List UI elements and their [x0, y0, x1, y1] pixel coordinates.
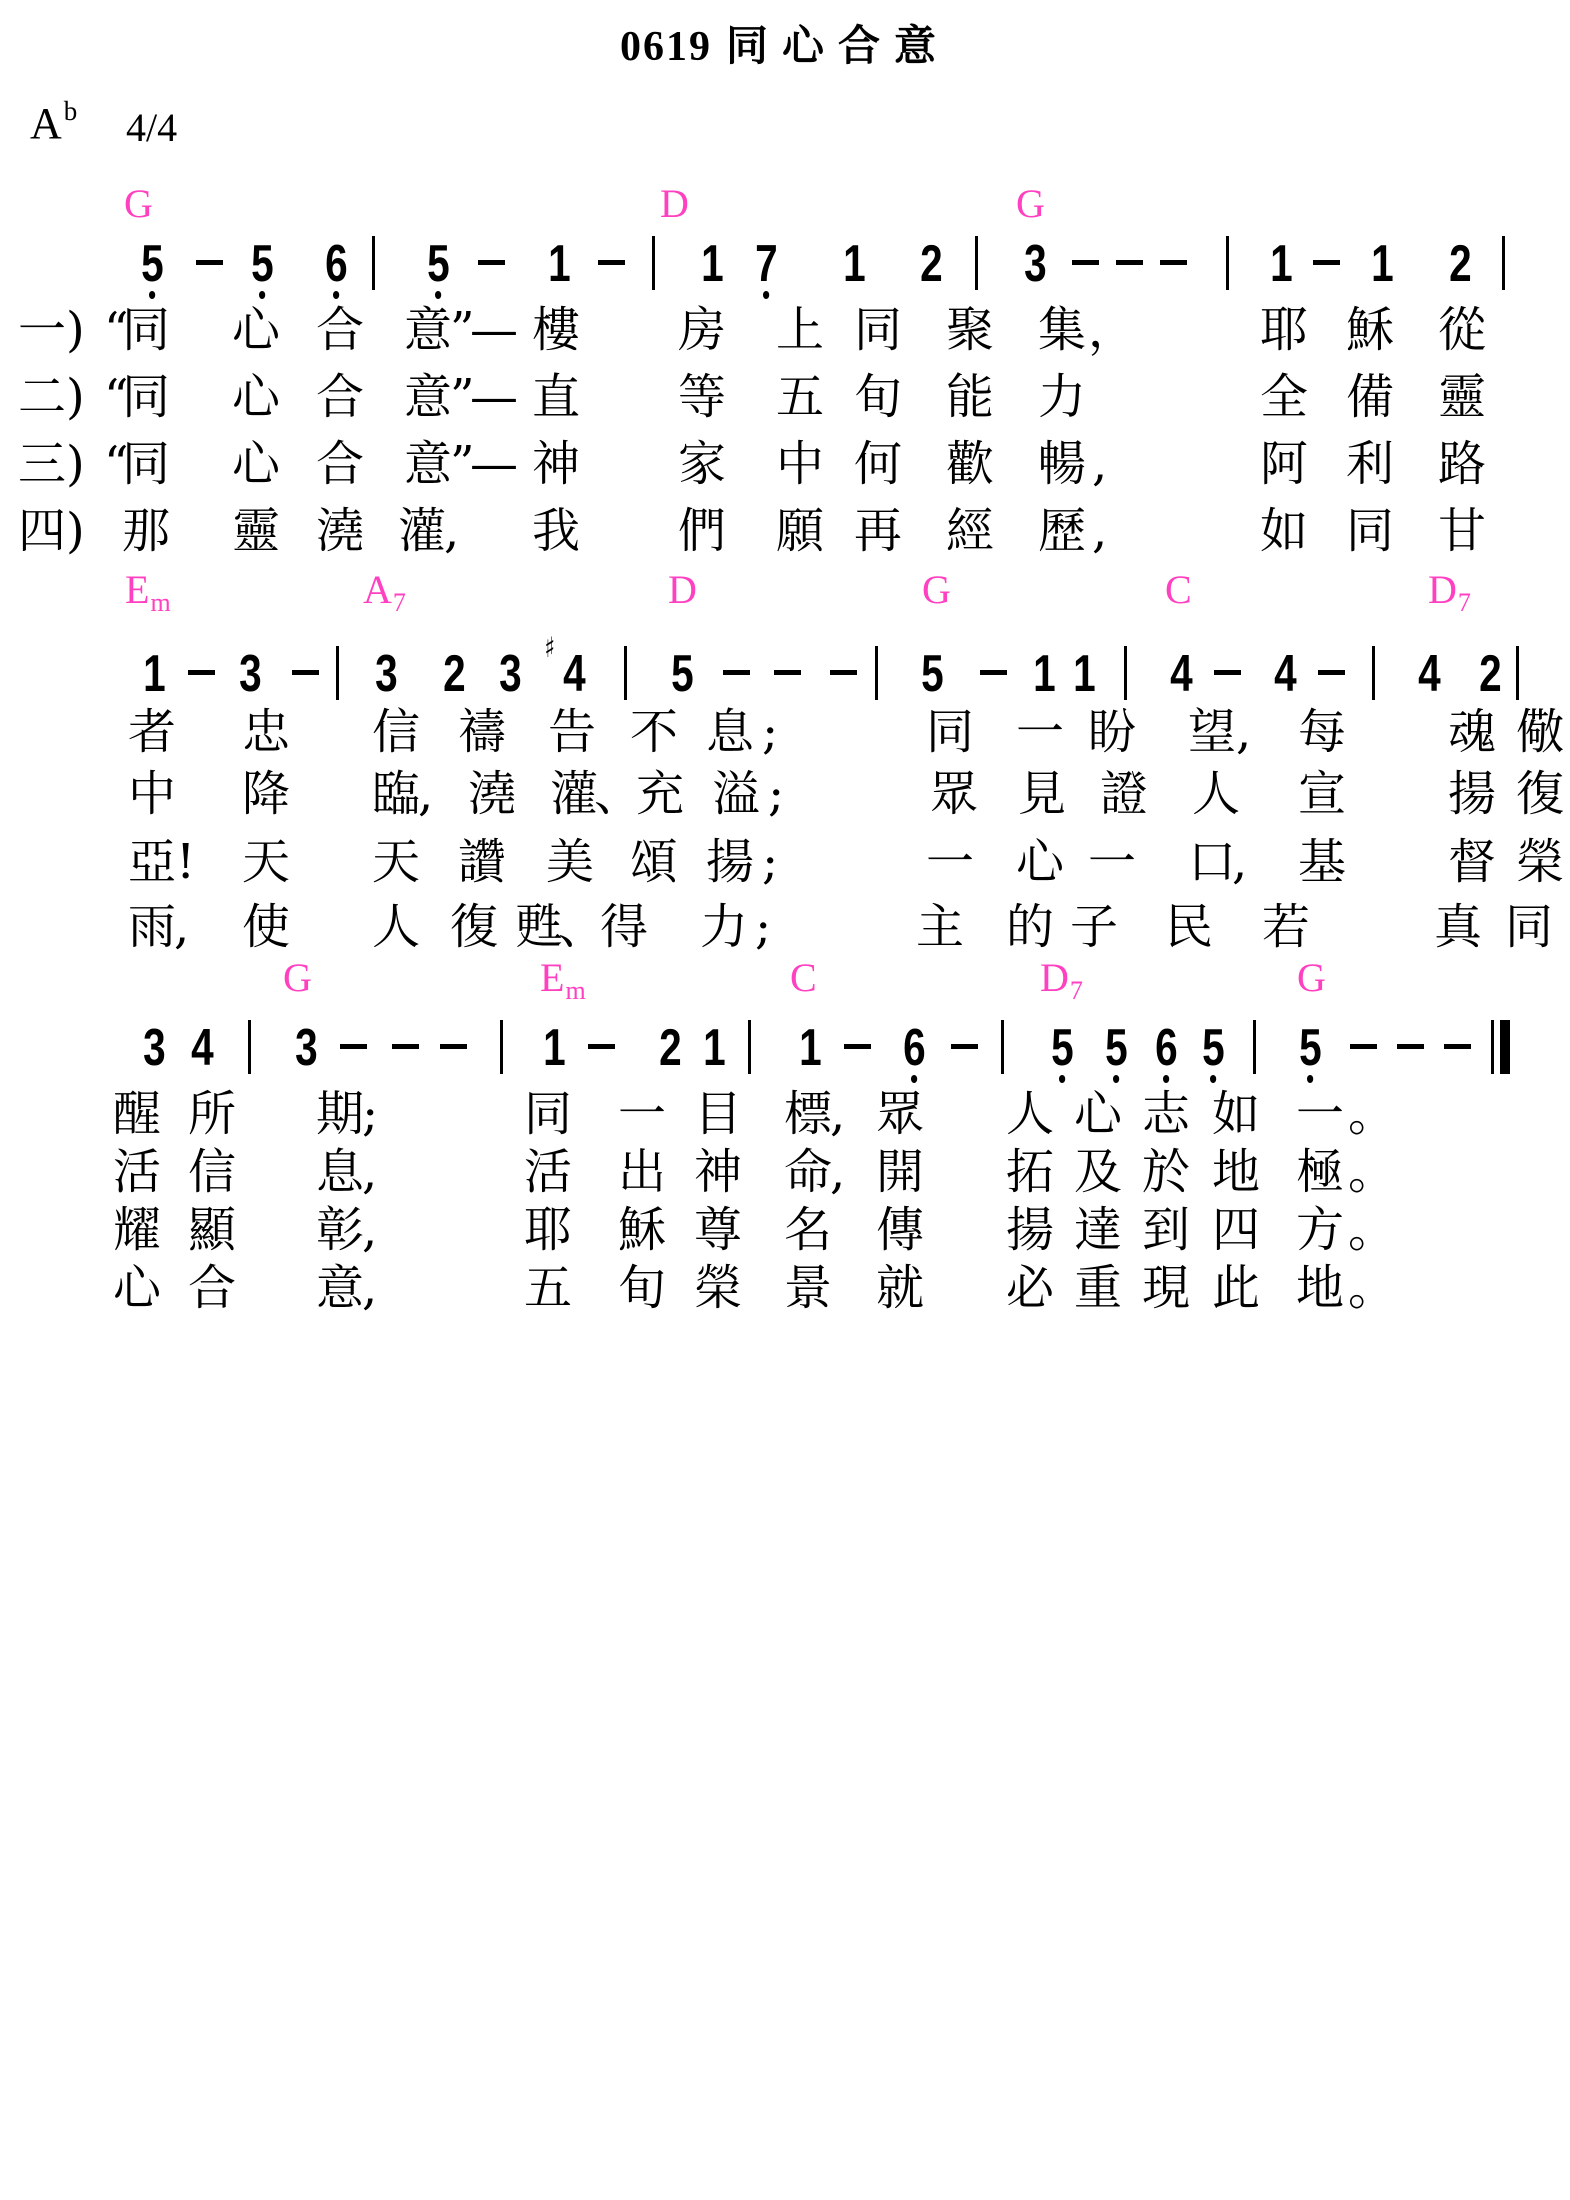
barline [336, 646, 339, 700]
lyric-char: 四 [1212, 1206, 1260, 1254]
lyric-char: 神 [532, 440, 580, 488]
lyric-char: 心 [232, 373, 280, 421]
lyric-char: 旬 [618, 1264, 666, 1312]
note-digit: 6 [1155, 1022, 1178, 1074]
lyric-char: 讚 [458, 838, 506, 886]
lyric-char: 一 [926, 838, 974, 886]
note-digit: 4 [191, 1022, 214, 1074]
lyric-char: 意 [316, 1264, 364, 1312]
duration-dash [1350, 1044, 1377, 1049]
chord-symbol: C [1165, 570, 1192, 610]
lyric-char: 同 [122, 306, 170, 354]
lyric-char: 那 [122, 507, 170, 555]
lyric-char: 眾 [930, 770, 978, 818]
note-digit: 6 [325, 238, 348, 290]
lyric-char: 方 [1296, 1206, 1344, 1254]
lyric-char: 聚 [946, 306, 994, 354]
lyric-char: 子 [1070, 903, 1118, 951]
lyric-char: , [1232, 838, 1247, 886]
note-digit: 1 [543, 1022, 566, 1074]
lyric-char: 地 [1296, 1264, 1344, 1312]
lyric-char: 天 [372, 838, 420, 886]
lyric-char: 們 [678, 507, 726, 555]
lyric-char: 魂 [1448, 708, 1496, 756]
lyric-char: ; [762, 838, 778, 886]
barline [1124, 646, 1127, 700]
lyric-char: 耶 [1260, 306, 1308, 354]
lyric-char: 一 [1016, 708, 1064, 756]
lyric-char: 雨 [128, 903, 176, 951]
lyric-char: 同 [524, 1090, 572, 1138]
lyric-char: 二) [18, 373, 85, 421]
barline [1502, 236, 1505, 290]
lyric-char: 活 [113, 1148, 161, 1196]
lyric-char: 名 [784, 1206, 832, 1254]
note-digit: 5 [141, 238, 164, 290]
note-digit: 7 [755, 238, 778, 290]
note-digit: 2 [659, 1022, 682, 1074]
barline [1226, 236, 1229, 290]
chord-symbol: G [922, 570, 951, 610]
lyric-char: 中 [776, 440, 824, 488]
lyric-char: 開 [876, 1148, 924, 1196]
duration-dash [292, 670, 319, 675]
lyric-char: 美 [546, 838, 594, 886]
lyric-char: , [362, 1206, 377, 1254]
duration-dash [951, 1044, 978, 1049]
lyric-char: 降 [242, 770, 290, 818]
barline [975, 236, 978, 290]
lyric-char: 彰 [316, 1206, 364, 1254]
lyric-char: 榮 [1516, 838, 1564, 886]
lyric-char: 房 [678, 306, 726, 354]
note-digit: 5 [921, 648, 944, 700]
duration-dash [1160, 260, 1187, 265]
chord-symbol: D7 [1428, 570, 1470, 610]
lyric-char: 神 [694, 1148, 742, 1196]
note-digit: 2 [1449, 238, 1472, 290]
duration-dash [1116, 260, 1143, 265]
lyric-char: , [174, 903, 189, 951]
lyric-char: 顯 [188, 1206, 236, 1254]
note-digit: 3 [239, 648, 262, 700]
duration-dash [980, 670, 1007, 675]
note-digit: 5 [1202, 1022, 1225, 1074]
duration-dash [196, 260, 223, 265]
lyric-char: 中 [128, 770, 176, 818]
chord-symbol: G [1297, 958, 1326, 998]
lyric-char: 澆 [316, 507, 364, 555]
lyric-char: 證 [1100, 770, 1148, 818]
lyric-char: 人 [1006, 1090, 1054, 1138]
lyric-char: 信 [372, 708, 420, 756]
key-letter: A [30, 99, 62, 148]
note-digit: 4 [1274, 648, 1297, 700]
lyric-char: 甦 [515, 903, 563, 951]
barline [1253, 1020, 1256, 1074]
lyric-char: 真 [1434, 903, 1482, 951]
lyric-char: 口 [1188, 838, 1236, 886]
lyric-char: 就 [876, 1264, 924, 1312]
lyric-char: 意 [404, 306, 452, 354]
lyric-char: 及 [1074, 1148, 1122, 1196]
chord-subscript: m [150, 588, 170, 617]
chord-symbol: G [1016, 184, 1045, 224]
lyric-char: 合 [188, 1264, 236, 1312]
lyric-char: 民 [1165, 903, 1213, 951]
duration-dash [830, 670, 857, 675]
duration-dash [1397, 1044, 1424, 1049]
lyric-char: 志 [1142, 1090, 1190, 1138]
note-digit: 4 [1170, 648, 1193, 700]
chord-symbol: Em [540, 958, 585, 998]
lyric-char: ; [755, 903, 771, 951]
lyric-char: 心 [232, 440, 280, 488]
chord-subscript: 7 [1070, 976, 1083, 1005]
lyric-char: 。 [1348, 1090, 1396, 1138]
lyric-char: 復 [450, 903, 498, 951]
barline [1372, 646, 1375, 700]
duration-dash [723, 670, 750, 675]
note-digit: 4♯ [563, 648, 586, 700]
lyric-char: 三) [18, 440, 85, 488]
lyric-char: 暢 [1038, 440, 1086, 488]
lyric-char: 備 [1346, 373, 1394, 421]
note-digit: 5 [251, 238, 274, 290]
lyric-char: 心 [1016, 838, 1064, 886]
barline [748, 1020, 751, 1074]
note-digit: 5 [427, 238, 450, 290]
lyric-char: 阿 [1260, 440, 1308, 488]
lyric-char: 直 [532, 373, 580, 421]
lyric-char: , [830, 1148, 845, 1196]
lyric-char: 督 [1448, 838, 1496, 886]
note-digit: 4 [1418, 648, 1441, 700]
note-digit: 3 [1024, 238, 1047, 290]
lyric-char: 我 [532, 507, 580, 555]
note-digit: 2 [1479, 648, 1502, 700]
lyric-char: , [830, 1090, 845, 1138]
note-digit: 1 [548, 238, 571, 290]
lyric-char: 必 [1006, 1264, 1054, 1312]
key-signature: Ab [30, 102, 75, 146]
lyric-char: 合 [316, 373, 364, 421]
lyric-char: 揚 [1006, 1206, 1054, 1254]
lyric-char: 四) [18, 507, 85, 555]
chord-symbol: G [124, 184, 153, 224]
barline [248, 1020, 251, 1074]
lyric-char: 心 [113, 1264, 161, 1312]
lyric-char: 主 [916, 903, 964, 951]
lyric-char: 活 [524, 1148, 572, 1196]
lyric-char: — [470, 306, 518, 354]
note-digit: 2 [443, 648, 466, 700]
lyric-char: 能 [946, 373, 994, 421]
lyric-char: 。 [1348, 1264, 1396, 1312]
lyric-char: 盼 [1088, 708, 1136, 756]
lyric-char: 同 [122, 373, 170, 421]
lyric-char: 合 [316, 306, 364, 354]
final-barline-thick [1500, 1020, 1510, 1074]
lyric-char: 五 [524, 1264, 572, 1312]
duration-dash [1214, 670, 1241, 675]
lyric-char: 靈 [1438, 373, 1486, 421]
lyric-char: 如 [1260, 507, 1308, 555]
chord-symbol: Em [125, 570, 170, 610]
barline [624, 646, 627, 700]
hymn-sheet-page: 0619同心合意 Ab 4/4 GDG5565117123112一)“同心合意”… [0, 0, 1570, 2200]
duration-dash [588, 1044, 615, 1049]
lyric-char: 歡 [946, 440, 994, 488]
lyric-char: 。 [1348, 1206, 1396, 1254]
lyric-char: 一) [18, 306, 85, 354]
note-digit: 1 [1270, 238, 1293, 290]
lyric-char: 忠 [242, 708, 290, 756]
duration-dash [478, 260, 505, 265]
lyric-char: 出 [618, 1148, 666, 1196]
lyric-char: 儆 [1516, 708, 1564, 756]
lyric-char: 臨 [372, 770, 420, 818]
chord-subscript: m [565, 976, 585, 1005]
lyric-char: 如 [1212, 1090, 1260, 1138]
lyric-char: 標 [784, 1090, 832, 1138]
duration-dash [774, 670, 801, 675]
lyric-char: , [444, 507, 459, 555]
duration-dash [1318, 670, 1345, 675]
lyric-char: 目 [694, 1090, 742, 1138]
lyric-char: 穌 [1346, 306, 1394, 354]
duration-dash [1313, 260, 1340, 265]
lyric-char: 耀 [113, 1206, 161, 1254]
lyric-char: 從 [1438, 306, 1486, 354]
lyric-char: 甘 [1438, 507, 1486, 555]
lyric-char: 的 [1006, 903, 1054, 951]
lyric-char: 揚 [706, 838, 754, 886]
lyric-char: 息 [706, 708, 754, 756]
lyric-char: 等 [678, 373, 726, 421]
lyric-char: 極 [1296, 1148, 1344, 1196]
lyric-char: , [1092, 507, 1107, 555]
key-accidental: b [64, 96, 78, 126]
barline [500, 1020, 503, 1074]
note-digit: 1 [143, 648, 166, 700]
chord-symbol: D7 [1040, 958, 1082, 998]
lyric-char: 重 [1074, 1264, 1122, 1312]
duration-dash [1444, 1044, 1471, 1049]
note-digit: 1 [701, 238, 724, 290]
lyric-char: 同 [1346, 507, 1394, 555]
duration-dash [188, 670, 215, 675]
lyric-char: 溢 [712, 770, 760, 818]
lyric-char: 一 [1296, 1090, 1344, 1138]
sharp-accidental-icon: ♯ [544, 634, 555, 662]
lyric-char: 利 [1346, 440, 1394, 488]
lyric-char: 達 [1074, 1206, 1122, 1254]
chord-symbol: A7 [363, 570, 405, 610]
lyric-char: 息 [316, 1148, 364, 1196]
time-signature: 4/4 [126, 108, 177, 148]
note-digit: 5 [1051, 1022, 1074, 1074]
lyric-char: 者 [128, 708, 176, 756]
lyric-char: 每 [1298, 708, 1346, 756]
lyric-char: 眾 [876, 1090, 924, 1138]
lyric-char: 合 [316, 440, 364, 488]
lyric-char: 力 [1038, 373, 1086, 421]
lyric-char: 人 [372, 903, 420, 951]
lyric-char: 景 [784, 1264, 832, 1312]
note-digit: 3 [499, 648, 522, 700]
note-digit: 1 [703, 1022, 726, 1074]
duration-dash [598, 260, 625, 265]
lyric-char: , [362, 1148, 377, 1196]
lyric-char: 耶 [524, 1206, 572, 1254]
lyric-char: 傳 [876, 1206, 924, 1254]
lyric-char: 不 [630, 708, 678, 756]
barline [1001, 1020, 1004, 1074]
lyric-char: 現 [1142, 1264, 1190, 1312]
note-digit: 2 [920, 238, 943, 290]
lyric-char: , [1092, 440, 1107, 488]
note-digit: 5 [1105, 1022, 1128, 1074]
lyric-char: 穌 [618, 1206, 666, 1254]
lyric-char: 心 [232, 306, 280, 354]
lyric-char: , [418, 770, 433, 818]
lyric-char: 同 [854, 306, 902, 354]
lyric-char: 。 [1348, 1148, 1396, 1196]
lyric-char: 同 [122, 440, 170, 488]
lyric-char: 醒 [113, 1090, 161, 1138]
lyric-char: 五 [776, 373, 824, 421]
lyric-char: 天 [242, 838, 290, 886]
lyric-char: — [470, 373, 518, 421]
note-digit: 6 [903, 1022, 926, 1074]
lyric-char: — [470, 440, 518, 488]
note-digit: 1 [1371, 238, 1394, 290]
lyric-char: ; [768, 770, 784, 818]
lyric-char: 命 [784, 1148, 832, 1196]
lyric-char: 一 [1088, 838, 1136, 886]
lyric-char: 拓 [1006, 1148, 1054, 1196]
lyric-char: 到 [1142, 1206, 1190, 1254]
note-digit: 1 [1073, 648, 1096, 700]
song-title-text: 同心合意 [726, 24, 950, 70]
lyric-char: 告 [548, 708, 596, 756]
note-digit: 3 [375, 648, 398, 700]
barline [875, 646, 878, 700]
lyric-char: 靈 [232, 507, 280, 555]
lyric-char: ! [176, 838, 195, 886]
barline [652, 236, 655, 290]
barline [372, 236, 375, 290]
chord-symbol: G [283, 958, 312, 998]
lyric-char: 地 [1212, 1148, 1260, 1196]
lyric-char: 若 [1262, 903, 1310, 951]
note-digit: 5 [671, 648, 694, 700]
chord-symbol: D [668, 570, 697, 610]
lyric-char: , [1236, 708, 1251, 756]
lyric-char: 所 [188, 1090, 236, 1138]
lyric-char: 家 [678, 440, 726, 488]
lyric-char: 集 [1038, 306, 1086, 354]
lyric-char: 於 [1142, 1148, 1190, 1196]
lyric-char: 望 [1188, 708, 1236, 756]
lyric-char: 得 [600, 903, 648, 951]
barline [1516, 646, 1519, 700]
lyric-char: 揚 [1448, 770, 1496, 818]
lyric-char: 歷 [1038, 507, 1086, 555]
note-digit: 5 [1299, 1022, 1322, 1074]
chord-symbol: C [790, 958, 817, 998]
lyric-char: 灌 [550, 770, 598, 818]
page-title: 0619同心合意 [0, 26, 1570, 68]
lyric-char: 此 [1212, 1264, 1260, 1312]
chord-symbol: D [660, 184, 689, 224]
duration-dash [392, 1044, 419, 1049]
lyric-char: 一 [618, 1090, 666, 1138]
lyric-char: 路 [1438, 440, 1486, 488]
note-digit: 1 [1033, 648, 1056, 700]
lyric-char: 同 [1505, 903, 1553, 951]
lyric-char: 頌 [630, 838, 678, 886]
duration-dash [340, 1044, 367, 1049]
lyric-char: 何 [854, 440, 902, 488]
lyric-char: 旬 [854, 373, 902, 421]
lyric-char: 復 [1516, 770, 1564, 818]
lyric-char: 樓 [532, 306, 580, 354]
lyric-char: 尊 [694, 1206, 742, 1254]
note-digit: 3 [295, 1022, 318, 1074]
note-digit: 1 [799, 1022, 822, 1074]
lyric-char: ; [362, 1090, 378, 1138]
duration-dash [1072, 260, 1099, 265]
lyric-char: 同 [926, 708, 974, 756]
lyric-char: 信 [188, 1148, 236, 1196]
lyric-char: 充 [636, 770, 684, 818]
note-digit: 3 [143, 1022, 166, 1074]
lyric-char: 全 [1260, 373, 1308, 421]
chord-subscript: 7 [1458, 588, 1471, 617]
lyric-char: 願 [776, 507, 824, 555]
lyric-char: 人 [1192, 770, 1240, 818]
duration-dash [440, 1044, 467, 1049]
lyric-char: 澆 [468, 770, 516, 818]
lyric-char: 經 [946, 507, 994, 555]
lyric-char: 意 [404, 373, 452, 421]
final-barline-thin [1491, 1020, 1494, 1074]
lyric-char: 見 [1018, 770, 1066, 818]
duration-dash [844, 1044, 871, 1049]
note-digit: 1 [843, 238, 866, 290]
lyric-char: 心 [1074, 1090, 1122, 1138]
lyric-char: 基 [1298, 838, 1346, 886]
lyric-char: 力 [700, 903, 748, 951]
lyric-char: 使 [242, 903, 290, 951]
lyric-char: 禱 [458, 708, 506, 756]
song-number: 0619 [620, 24, 712, 70]
lyric-char: 榮 [694, 1264, 742, 1312]
lyric-char: 上 [776, 306, 824, 354]
lyric-char: 、 [594, 770, 642, 818]
lyric-char: ， [1088, 306, 1136, 354]
chord-subscript: 7 [393, 588, 406, 617]
lyric-char: 宣 [1298, 770, 1346, 818]
lyric-char: ; [762, 708, 778, 756]
lyric-char: 意 [404, 440, 452, 488]
lyric-char: 、 [558, 903, 606, 951]
lyric-char: 再 [854, 507, 902, 555]
lyric-char: 亞 [128, 838, 176, 886]
lyric-char: 灌 [398, 507, 446, 555]
